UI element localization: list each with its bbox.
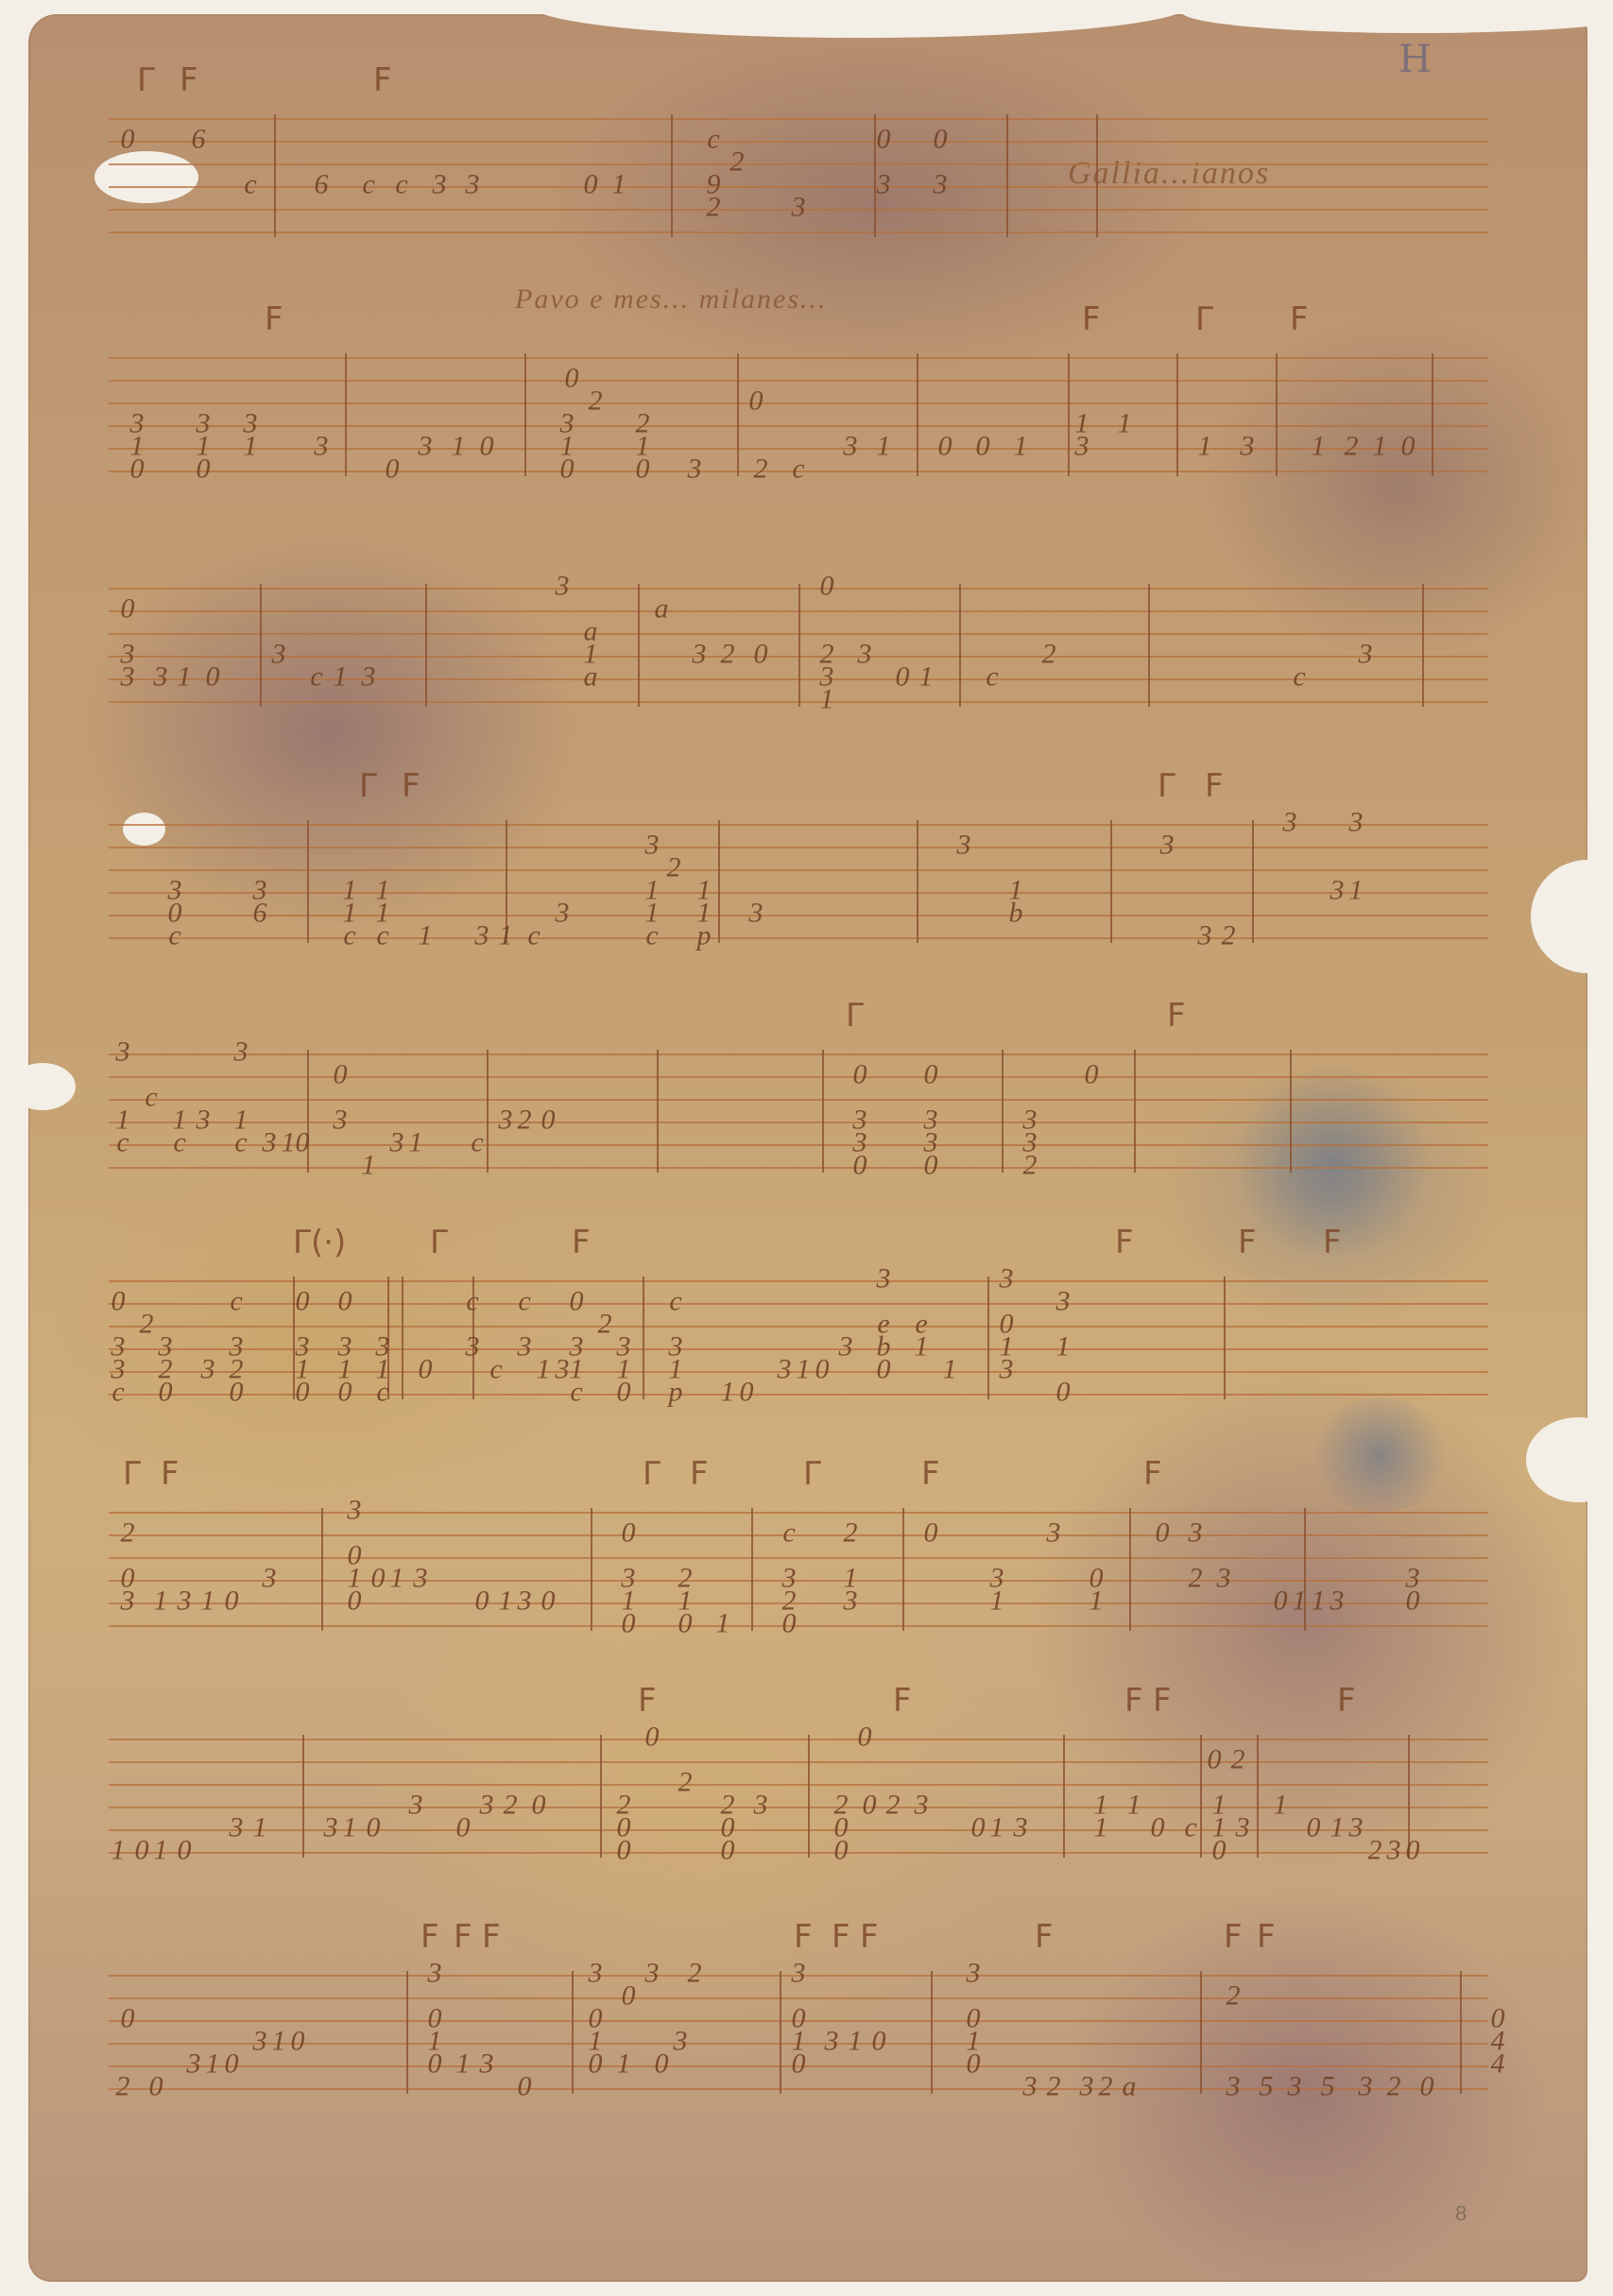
rhythm-flag-icon: F — [1035, 1918, 1054, 1956]
fret-number: 3 — [645, 1960, 660, 1988]
fret-number: 1 — [612, 171, 626, 199]
staff-line — [109, 1303, 1488, 1305]
fret-number: 1 — [1198, 433, 1212, 461]
bar-line — [1148, 584, 1150, 707]
bar-line — [406, 1971, 408, 2094]
fret-number: 3 — [1236, 1814, 1250, 1842]
fret-number: 0 — [853, 1061, 867, 1089]
fret-number: 3 — [1241, 433, 1255, 461]
bar-line — [718, 820, 720, 943]
fret-number: 3 — [315, 433, 329, 461]
staff-line — [109, 1761, 1488, 1763]
fret-number: 1 — [154, 1837, 168, 1865]
fret-number: 3 — [1160, 831, 1175, 860]
fret-number: c — [707, 126, 719, 154]
fret-number: 1 — [362, 1152, 376, 1180]
fret-number: 2 — [1345, 433, 1359, 461]
fret-number: 0 — [419, 1356, 433, 1384]
fret-number: c — [244, 171, 256, 199]
fret-number: c — [669, 1288, 681, 1316]
rhythm-flag-icon: Γ — [846, 997, 864, 1035]
bar-line — [1002, 1050, 1004, 1173]
fret-number: c — [466, 1288, 478, 1316]
rhythm-flag-icon: F — [572, 1224, 591, 1261]
fret-number: 1 — [334, 663, 348, 692]
fret-number: 2 — [1227, 1982, 1241, 2011]
bar-line — [917, 353, 918, 476]
bar-line — [1276, 353, 1278, 476]
fret-number: p — [697, 922, 712, 951]
fret-number: 2 — [667, 854, 681, 882]
fret-number: 1 — [797, 1356, 811, 1384]
rhythm-flag-icon: F — [1082, 300, 1101, 338]
fret-number: 3 — [475, 922, 489, 951]
fret-number: 1 — [244, 433, 258, 461]
fret-number: 0 — [296, 1379, 310, 1407]
fret-number: 0 — [622, 1610, 636, 1638]
bar-line — [987, 1277, 989, 1399]
fret-number: 3 — [877, 1265, 891, 1294]
staff-line — [109, 141, 1488, 143]
rhythm-flag-icon: F — [1224, 1918, 1243, 1956]
fret-number: 4 — [1491, 2050, 1505, 2079]
bar-line — [307, 820, 309, 943]
bar-line — [425, 584, 427, 707]
fret-number: 3 — [556, 1356, 570, 1384]
fret-number: 1 — [112, 1837, 126, 1865]
fret-number: 0 — [225, 2050, 239, 2079]
fret-number: 0 — [924, 1061, 938, 1089]
fret-number: 3 — [1023, 2073, 1038, 2101]
bar-line — [600, 1735, 602, 1858]
rhythm-flag-icon: F — [1115, 1224, 1134, 1261]
fret-number: 2 — [589, 387, 603, 416]
fret-number: 5 — [1321, 2073, 1335, 2101]
fret-number: c — [112, 1379, 124, 1407]
fret-number: 0 — [159, 1379, 173, 1407]
bar-line — [1224, 1277, 1226, 1399]
bar-line — [1460, 1971, 1462, 2094]
fret-number: 0 — [532, 1791, 546, 1820]
fret-number: 1 — [390, 1565, 404, 1593]
tablature-system: ΓFΓF30c3611c11c131c33211c11p331b3323331 — [109, 824, 1488, 939]
fret-number: 0 — [371, 1565, 386, 1593]
fret-number: 3 — [957, 831, 971, 860]
manuscript-page: H Gallia...ianos Pavo e mes... milanes..… — [0, 0, 1613, 2296]
fret-number: 3 — [324, 1814, 338, 1842]
fret-number: 3 — [844, 1587, 858, 1616]
fret-number: 1 — [499, 1587, 513, 1616]
fret-number: 3 — [1227, 2073, 1241, 2101]
fret-number: c — [173, 1129, 185, 1157]
bar-line — [798, 584, 800, 707]
rhythm-flag-icon: F — [180, 61, 198, 99]
fret-number: 0 — [1212, 1837, 1227, 1865]
fret-number: 0 — [1056, 1379, 1071, 1407]
fret-number: 3 — [253, 2028, 267, 2056]
fret-number: 2 — [754, 455, 768, 484]
fret-number: 6 — [315, 171, 329, 199]
fret-number: 3 — [466, 171, 480, 199]
staff-line — [109, 1122, 1488, 1123]
rhythm-flag-icon: F — [1290, 300, 1309, 338]
rhythm-flag-icon: F — [690, 1455, 709, 1493]
fret-number: c — [376, 922, 388, 951]
staff-line — [109, 1784, 1488, 1786]
fret-number: 3 — [645, 831, 660, 860]
fret-number: 3 — [754, 1791, 768, 1820]
fret-number: 2 — [518, 1106, 532, 1135]
fret-number: 3 — [272, 641, 286, 669]
page-number: 8 — [1455, 2202, 1467, 2226]
bar-line — [737, 353, 739, 476]
fret-number: c — [1184, 1814, 1196, 1842]
fret-number: 0 — [934, 126, 948, 154]
fret-number: 0 — [560, 455, 575, 484]
bar-line — [1110, 820, 1112, 943]
fret-number: 2 — [721, 641, 735, 669]
fret-number: c — [782, 1519, 795, 1548]
fret-number: 1 — [716, 1610, 730, 1638]
tablature-system: ΓFF06c6cc3301c29230303 — [109, 118, 1488, 233]
fret-number: a — [584, 663, 598, 692]
fret-number: 3 — [348, 1497, 362, 1525]
fret-number: 3 — [1217, 1565, 1231, 1593]
bar-line — [524, 353, 526, 476]
fret-number: 0 — [428, 2050, 442, 2079]
fret-number: 2 — [886, 1791, 901, 1820]
fret-number: 3 — [1330, 877, 1345, 905]
fret-number: a — [655, 595, 669, 624]
fret-number: 3 — [263, 1129, 277, 1157]
bar-line — [751, 1508, 753, 1631]
rhythm-flag-icon: F — [860, 1918, 879, 1956]
fret-number: 0 — [820, 573, 834, 601]
fret-number: 2 — [116, 2073, 130, 2101]
fret-number: 3 — [556, 900, 570, 928]
fret-number: 3 — [693, 641, 707, 669]
fret-number: c — [518, 1288, 530, 1316]
fret-number: 0 — [589, 2050, 603, 2079]
fret-number: 0 — [121, 126, 135, 154]
rhythm-flag-icon: F — [1124, 1682, 1143, 1720]
tablature-system: FFΓF310310313031002310210302c31001131131… — [109, 357, 1488, 472]
bar-line — [1129, 1508, 1131, 1631]
fret-number: 1 — [456, 2050, 471, 2079]
fret-number: 0 — [1307, 1814, 1321, 1842]
rhythm-flag-icon: Γ — [1195, 300, 1213, 338]
fret-number: 0 — [896, 663, 910, 692]
fret-number: 3 — [197, 1106, 211, 1135]
fret-number: 0 — [291, 2028, 305, 2056]
fret-number: c — [168, 922, 180, 951]
fret-number: 1 — [206, 2050, 220, 2079]
rhythm-flag-icon: Γ — [430, 1224, 448, 1261]
fret-number: c — [395, 171, 407, 199]
fret-number: 0 — [754, 641, 768, 669]
fret-number: 0 — [645, 1723, 660, 1752]
fret-number: 0 — [740, 1379, 754, 1407]
fret-number: 1 — [1373, 433, 1387, 461]
fret-number: 3 — [466, 1333, 480, 1362]
bar-line — [1134, 1050, 1136, 1173]
fret-number: 3 — [858, 641, 872, 669]
fret-number: 0 — [565, 365, 579, 393]
fret-number: 0 — [655, 2050, 669, 2079]
fret-number: c — [527, 922, 540, 951]
fret-number: c — [489, 1356, 502, 1384]
fret-number: c — [343, 922, 355, 951]
tablature-system: ΓF3c1c1c331c31003131c320033003303320 — [109, 1054, 1488, 1169]
tablature-system: Γ(·)ΓFFFF0233c3203c3200310031031c0c3cc31… — [109, 1280, 1488, 1396]
staff-line — [109, 357, 1488, 359]
fret-number: c — [234, 1129, 247, 1157]
fret-number: c — [310, 663, 322, 692]
fret-number: 0 — [480, 433, 494, 461]
rhythm-flag-icon: F — [893, 1682, 912, 1720]
bar-line — [591, 1508, 592, 1631]
bar-line — [808, 1735, 810, 1858]
bar-line — [260, 584, 262, 707]
mold-stain — [1304, 1398, 1455, 1512]
fret-number: 3 — [825, 2028, 839, 2056]
fret-number: 0 — [230, 1379, 244, 1407]
fret-number: 0 — [872, 2028, 886, 2056]
staff-line — [109, 1326, 1488, 1328]
bar-line — [1432, 353, 1433, 476]
staff-line — [109, 163, 1488, 165]
bar-line — [1068, 353, 1070, 476]
bar-line — [1252, 820, 1254, 943]
bar-line — [302, 1735, 304, 1858]
fret-number: 1 — [452, 433, 466, 461]
bar-line — [1006, 114, 1008, 237]
fret-number: 1 — [282, 1129, 296, 1157]
bar-line — [931, 1971, 933, 2094]
fret-number: 0 — [622, 1982, 636, 2011]
fret-number: 0 — [584, 171, 598, 199]
bar-line — [321, 1508, 323, 1631]
fret-number: 1 — [849, 2028, 863, 2056]
rhythm-flag-icon: Γ — [643, 1455, 661, 1493]
fret-number: 2 — [688, 1960, 702, 1988]
bar-line — [487, 1050, 489, 1173]
fret-number: 0 — [858, 1723, 872, 1752]
bar-line — [1176, 353, 1178, 476]
rhythm-flag-icon: F — [1143, 1455, 1162, 1493]
fret-number: 2 — [121, 1519, 135, 1548]
fret-number: 3 — [1080, 2073, 1094, 2101]
fret-number: 3 — [1056, 1288, 1071, 1316]
fret-number: 1 — [1090, 1587, 1104, 1616]
staff-line — [109, 425, 1488, 427]
fret-number: 1 — [499, 922, 513, 951]
staff-line — [109, 1512, 1488, 1514]
rhythm-flag-icon: F — [1153, 1682, 1172, 1720]
torn-edge-left — [9, 1063, 76, 1110]
rhythm-flag-icon: F — [454, 1918, 472, 1956]
fret-number: 0 — [541, 1587, 556, 1616]
fret-number: 0 — [1401, 433, 1416, 461]
fret-number: 0 — [834, 1837, 849, 1865]
fret-number: 3 — [187, 2050, 201, 2079]
fret-number: 3 — [844, 433, 858, 461]
fret-number: 2 — [1368, 1837, 1382, 1865]
fret-number: 0 — [617, 1837, 631, 1865]
staff-line — [109, 231, 1488, 233]
fret-number: 3 — [230, 1814, 244, 1842]
rhythm-flag-icon: F — [1257, 1918, 1276, 1956]
fret-number: 1 — [915, 1333, 929, 1362]
fret-number: 2 — [1387, 2073, 1401, 2101]
fret-number: 0 — [877, 1356, 891, 1384]
fret-number: 2 — [844, 1519, 858, 1548]
fret-number: c — [645, 922, 658, 951]
fret-number: 3 — [967, 1960, 981, 1988]
staff-line — [109, 824, 1488, 826]
fret-number: 0 — [570, 1288, 584, 1316]
rhythm-flag-icon: F — [420, 1918, 439, 1956]
fret-number: 3 — [934, 171, 948, 199]
fret-number: 0 — [296, 1288, 310, 1316]
fret-number: 3 — [499, 1106, 513, 1135]
fret-number: 0 — [386, 455, 400, 484]
rhythm-flag-icon: Γ — [359, 767, 377, 805]
rhythm-flag-icon: Γ — [803, 1455, 821, 1493]
fret-number: 0 — [121, 2005, 135, 2033]
staff-line — [109, 869, 1488, 871]
fret-number: 3 — [674, 2028, 688, 2056]
fret-number: 3 — [201, 1356, 215, 1384]
fret-number: 3 — [839, 1333, 853, 1362]
fret-number: 1 — [343, 1814, 357, 1842]
fret-number: 1 — [1330, 1814, 1345, 1842]
fret-number: 0 — [1085, 1061, 1099, 1089]
staff-line — [109, 1144, 1488, 1146]
fret-number: 0 — [121, 595, 135, 624]
fret-number: 3 — [1000, 1356, 1014, 1384]
staff-line — [109, 1997, 1488, 1999]
rhythm-flag-icon: F — [1205, 767, 1224, 805]
fret-number: 3 — [234, 1038, 249, 1067]
fret-number: 0 — [782, 1610, 797, 1638]
fret-number: 6 — [192, 126, 206, 154]
rhythm-flag-icon: Γ — [1158, 767, 1175, 805]
fret-number: 3 — [1349, 1814, 1364, 1842]
rhythm-flag-icon: F — [265, 300, 283, 338]
fret-number: 3 — [1075, 433, 1090, 461]
fret-number: 3 — [419, 433, 433, 461]
staff-line — [109, 1580, 1488, 1582]
staff-line — [109, 1852, 1488, 1854]
rhythm-flag-icon: Γ(·) — [293, 1224, 346, 1261]
bar-line — [902, 1508, 904, 1631]
tablature-system: 0333103c133a1aa3200231301c2c3 — [109, 588, 1488, 703]
fret-number: 0 — [135, 1837, 149, 1865]
fret-number: 3 — [1359, 2073, 1373, 2101]
fret-number: 3 — [688, 455, 702, 484]
staff-line — [109, 847, 1488, 848]
fret-number: 1 — [990, 1814, 1004, 1842]
bar-line — [1290, 1050, 1292, 1173]
tablature-system: FFFFF10103131030320020022003020002301311… — [109, 1739, 1488, 1854]
fret-number: 3 — [792, 194, 806, 222]
bar-line — [1063, 1735, 1065, 1858]
fret-number: 3 — [433, 171, 447, 199]
fret-number: 0 — [456, 1814, 471, 1842]
fret-number: 3 — [409, 1791, 423, 1820]
fret-number: 3 — [556, 573, 570, 601]
fret-number: 3 — [1189, 1519, 1203, 1548]
bar-line — [345, 353, 347, 476]
fret-number: c — [471, 1129, 483, 1157]
fret-number: 0 — [1420, 2073, 1434, 2101]
fret-number: 0 — [296, 1129, 310, 1157]
fret-number: 0 — [149, 2073, 163, 2101]
fret-number: 0 — [678, 1610, 693, 1638]
fret-number: 0 — [792, 2050, 806, 2079]
fret-number: 0 — [1406, 1587, 1420, 1616]
fret-number: 0 — [1406, 1837, 1420, 1865]
fret-number: 0 — [367, 1814, 381, 1842]
fret-number: c — [376, 1379, 388, 1407]
fret-number: 2 — [1042, 641, 1056, 669]
staff-line — [109, 2088, 1488, 2090]
tablature-system: FFFFFFFFF0203103103010130303201010330103… — [109, 1975, 1488, 2090]
fret-number: 3 — [877, 171, 891, 199]
rhythm-flag-icon: F — [1337, 1682, 1356, 1720]
fret-number: c — [570, 1379, 582, 1407]
fret-number: 3 — [1198, 922, 1212, 951]
staff-line — [109, 1348, 1488, 1350]
bar-line — [1200, 1971, 1202, 2094]
fret-number: 0 — [636, 455, 650, 484]
staff-line — [109, 1394, 1488, 1396]
staff-line — [109, 1557, 1488, 1559]
fret-number: 1 — [1312, 1587, 1326, 1616]
fret-number: 0 — [721, 1837, 735, 1865]
fret-number: 3 — [518, 1333, 532, 1362]
fret-number: 0 — [967, 2050, 981, 2079]
bar-line — [780, 1971, 781, 2094]
staff-line — [109, 1625, 1488, 1627]
fret-number: 2 — [1189, 1565, 1203, 1593]
fret-number: c — [362, 171, 374, 199]
bar-line — [402, 1277, 403, 1399]
fret-number: 0 — [1151, 1814, 1165, 1842]
bar-line — [643, 1277, 644, 1399]
fret-number: 0 — [338, 1288, 352, 1316]
staff-line — [109, 1534, 1488, 1536]
staff-line — [109, 118, 1488, 120]
fret-number: 0 — [1274, 1587, 1288, 1616]
fret-number: 2 — [1023, 1152, 1038, 1180]
fret-number: 1 — [877, 433, 891, 461]
fret-number: 3 — [121, 663, 135, 692]
fret-number: a — [1123, 2073, 1137, 2101]
bar-line — [671, 114, 673, 237]
fret-number: 3 — [915, 1791, 929, 1820]
staff-line — [109, 1054, 1488, 1055]
staff-line — [109, 1076, 1488, 1078]
rhythm-flag-icon: F — [638, 1682, 657, 1720]
rhythm-flag-icon: Γ — [123, 1455, 141, 1493]
fret-number: b — [1009, 900, 1023, 928]
fret-number: 3 — [1288, 2073, 1302, 2101]
rhythm-flag-icon: F — [161, 1455, 180, 1493]
fret-number: 1 — [201, 1587, 215, 1616]
fret-number: 3 — [480, 2050, 494, 2079]
